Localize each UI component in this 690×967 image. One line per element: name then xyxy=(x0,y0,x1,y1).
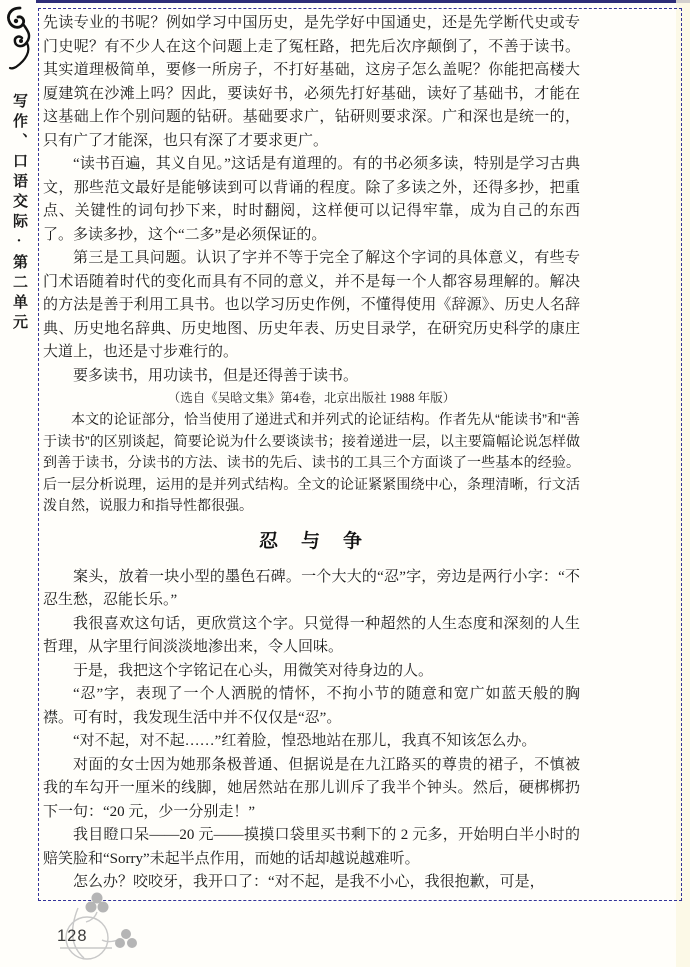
top-rule-divider xyxy=(36,0,690,3)
story-paragraph: “忍”字，表现了一个人洒脱的情怀，不拘小节的随意和宽广如蓝天般的胸襟。可有时，我… xyxy=(43,683,580,730)
content-box: 先读专业的书呢？例如学习中国历史，是先学好中国通史，还是先学断代史或专门史呢？有… xyxy=(38,8,682,901)
unit-label: 写作、口语交际·第二单元 xyxy=(9,93,30,334)
story-paragraph: 案头，放着一块小型的墨色石碑。一个大大的“忍”字，旁边是两行小字：“不忍生愁，忍… xyxy=(43,566,580,613)
story-paragraph: 我很喜欢这句话，更欣赏这个字。只觉得一种超然的人生态度和深刻的人生哲理，从字里行… xyxy=(43,613,580,660)
reading-paragraph: 第三是工具问题。认识了字并不等于完全了解这个字词的具体意义，有些专门术语随着时代… xyxy=(43,247,580,365)
story-paragraph: 我目瞪口呆——20 元——摸摸口袋里买书剩下的 2 元多，开始明白半小时的赔笑脸… xyxy=(43,824,580,871)
story-paragraph: “对不起，对不起……”红着脸，惶恐地站在那儿，我真不知该怎么办。 xyxy=(43,730,580,754)
reading-paragraph: 要多读书，用功读书，但是还得善于读书。 xyxy=(43,365,580,389)
reading-paragraph: 先读专业的书呢？例如学习中国历史，是先学好中国通史，还是先学断代史或专门史呢？有… xyxy=(43,12,580,153)
story-paragraph: 对面的女士因为她那条极普通、但据说是在九江路买的尊贵的裙子，不慎被我的车勾开一厘… xyxy=(43,754,580,825)
page-number: 128 xyxy=(57,927,88,946)
source-citation: （选自《吴晗文集》第4卷，北京出版社 1988 年版） xyxy=(43,388,580,409)
floral-scroll-icon xyxy=(4,6,38,72)
textbook-page: 写作、口语交际·第二单元 先读专业的书呢？例如学习中国历史，是先学好中国通史，还… xyxy=(0,0,690,967)
page-footer: 128 xyxy=(40,888,150,967)
reading-paragraph: “读书百遍，其义自见。”这话是有道理的。有的书必须多读，特别是学习古典文，那些范… xyxy=(43,153,580,247)
story-paragraph: 于是，我把这个字铭记在心头，用微笑对待身边的人。 xyxy=(43,660,580,684)
essay-title: 忍 与 争 xyxy=(43,526,580,553)
commentary-paragraph: 本文的论证部分，恰当使用了递进式和并列式的论证结构。作者先从“能读书”和“善于读… xyxy=(43,409,580,517)
